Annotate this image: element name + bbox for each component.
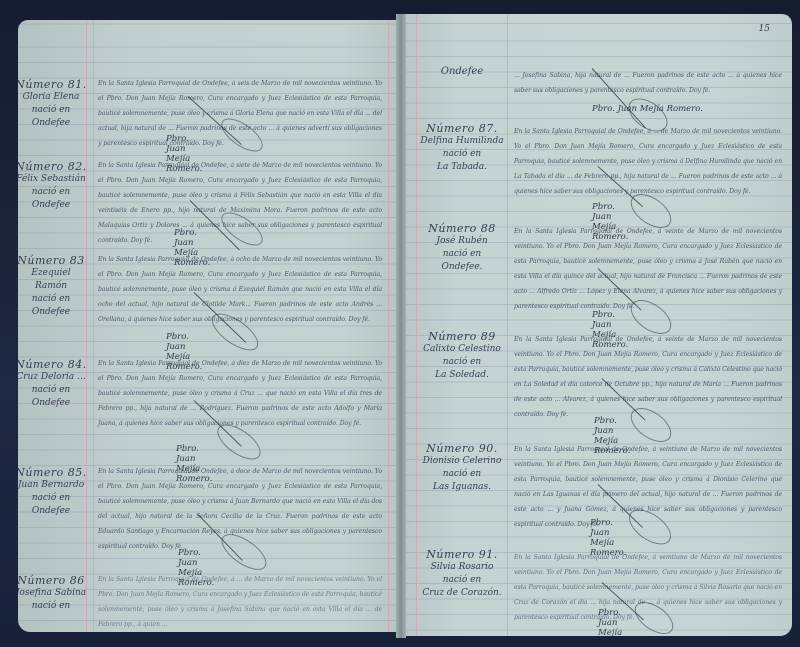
entry-place: La Soledad.	[418, 369, 506, 382]
entry-place: Ondefee	[18, 397, 88, 410]
open-ledger: Número 81. Gloria Elena nació en Ondefee…	[14, 8, 800, 640]
entry-margin-note: Número 88 José Rubén nació en Ondefee.	[418, 222, 506, 274]
entry-number: Número 81.	[18, 78, 88, 91]
entry-margin-note: Número 84. Cruz Deloria ... nació en Ond…	[18, 358, 88, 410]
entry-name: Juan Bernardo	[18, 479, 88, 492]
entry-born-label: nació en	[418, 356, 506, 369]
entry-place: Cruz de Corazón.	[418, 587, 506, 600]
entry-name: José Rubén	[418, 235, 506, 248]
entry-name: Gloria Elena	[18, 91, 88, 104]
entry-number: Número 88	[418, 222, 506, 235]
margin-rule	[93, 20, 94, 632]
entry-margin-note: Número 83 Ezequiel Ramón nació en Ondefe…	[18, 254, 88, 319]
entry-born-label: nació en	[18, 384, 88, 397]
entry-name: Ezequiel Ramón	[18, 267, 88, 293]
entry-margin-note: Número 90. Dionisio Celerino nació en La…	[418, 442, 506, 494]
entry-name: Calixto Celestino	[418, 343, 506, 356]
entry-born-label: nació en	[18, 600, 88, 613]
carryover-place: Ondefee	[422, 66, 502, 77]
entry-number: Número 89	[418, 330, 506, 343]
entry-born-label: nació en	[418, 148, 506, 161]
entry-number: Número 85.	[18, 466, 88, 479]
entry-name: Delfina Humilinda	[418, 135, 506, 148]
entry-number: Número 82.	[18, 160, 88, 173]
entry-place: Las Iguanas.	[418, 481, 506, 494]
entry-place: Ondefee.	[418, 261, 506, 274]
entry-margin-note: Número 89 Calixto Celestino nació en La …	[418, 330, 506, 382]
folio-number: 15	[759, 24, 770, 34]
entry-born-label: nació en	[418, 574, 506, 587]
entry-place: Ondefee	[18, 199, 88, 212]
entry-name: Silvia Rosario	[418, 561, 506, 574]
entry-number: Número 87.	[418, 122, 506, 135]
carryover-text: ... Josefina Sabina, hija natural de ...…	[514, 68, 782, 98]
right-page: 15 Ondefee ... Josefina Sabina, hija nat…	[402, 14, 792, 636]
entry-margin-note: Número 91. Silvia Rosario nació en Cruz …	[418, 548, 506, 600]
entry-born-label: nació en	[18, 293, 88, 306]
entry-margin-note: Número 82. Félix Sebastián nació en Onde…	[18, 160, 88, 212]
entry-place: Ondefee	[18, 505, 88, 518]
entry-number: Número 86	[18, 574, 88, 587]
entry-number: Número 90.	[418, 442, 506, 455]
entry-born-label: nació en	[18, 186, 88, 199]
entry-number: Número 84.	[18, 358, 88, 371]
entry-text: En la Santa Iglesia Parroquial de Ondefe…	[98, 356, 382, 431]
entry-place: La Tabada.	[418, 161, 506, 174]
margin-rule	[416, 14, 417, 636]
entry-margin-note: Número 87. Delfina Humilinda nació en La…	[418, 122, 506, 174]
entry-name: Cruz Deloria ...	[18, 371, 88, 384]
entry-text: En la Santa Iglesia Parroquial de Ondefe…	[98, 252, 382, 327]
entry-name: Dionisio Celerino	[418, 455, 506, 468]
left-page: Número 81. Gloria Elena nació en Ondefee…	[18, 20, 400, 632]
margin-rule	[388, 20, 389, 632]
entry-signature: Pbro. Juan Mejía Romero.	[598, 608, 634, 636]
entry-margin-note: Número 81. Gloria Elena nació en Ondefee	[18, 78, 88, 130]
entry-born-label: nació en	[418, 468, 506, 481]
entry-born-label: nació en	[418, 248, 506, 261]
entry-number: Número 83	[18, 254, 88, 267]
entry-born-label: nació en	[18, 492, 88, 505]
margin-rule	[507, 14, 508, 636]
entry-text: En la Santa Iglesia Parroquial de Ondefe…	[514, 124, 782, 199]
entry-margin-note: Número 86 Josefina Sabina nació en	[18, 574, 88, 613]
entry-place: Ondefee	[18, 117, 88, 130]
book-gutter	[396, 14, 406, 638]
entry-text: En la Santa Iglesia Parroquial de Ondefe…	[98, 572, 382, 632]
entry-name: Josefina Sabina	[18, 587, 88, 600]
entry-name: Félix Sebastián	[18, 173, 88, 186]
entry-place: Ondefee	[18, 306, 88, 319]
entry-born-label: nació en	[18, 104, 88, 117]
entry-number: Número 91.	[418, 548, 506, 561]
entry-margin-note: Número 85. Juan Bernardo nació en Ondefe…	[18, 466, 88, 518]
